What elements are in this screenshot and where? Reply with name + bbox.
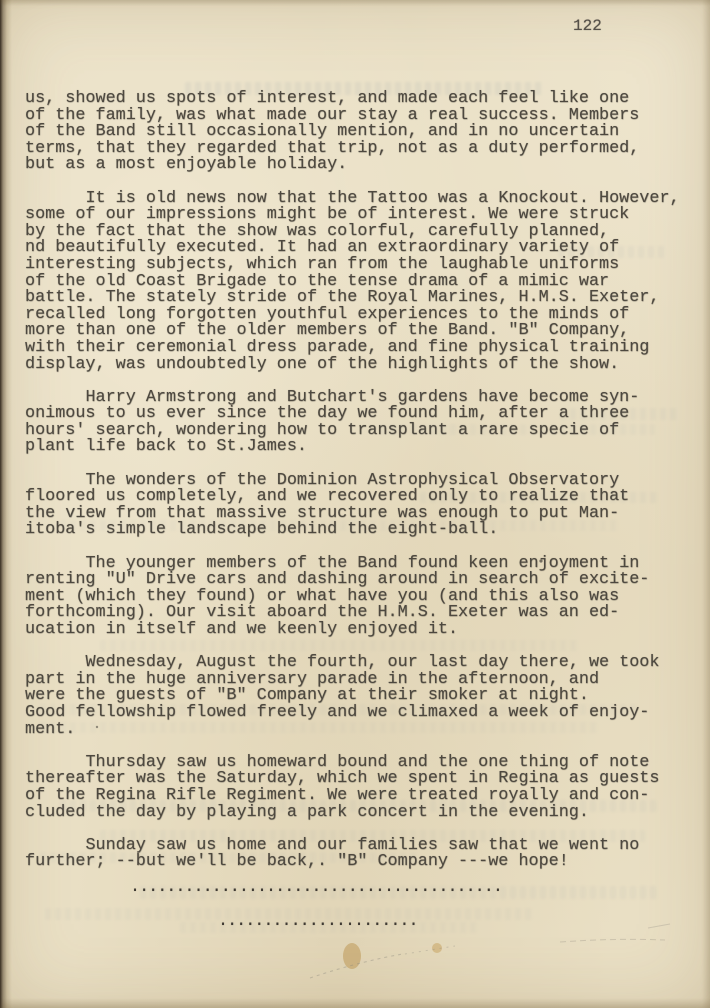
paragraph: Thursday saw us homeward bound and the o… bbox=[25, 755, 693, 821]
page-left-edge-shadow bbox=[0, 0, 12, 1008]
pencil-squiggle bbox=[310, 954, 403, 978]
typed-dot-separator-short: ...................... bbox=[25, 914, 693, 931]
stain-blob-small bbox=[432, 943, 442, 953]
paragraph: Harry Armstrong and Butchart's gardens h… bbox=[25, 390, 693, 456]
scanned-typewritten-page: 122 us, showed us spots of interest, and… bbox=[0, 0, 710, 1008]
pencil-line bbox=[560, 939, 665, 942]
pencil-squiggle bbox=[405, 946, 455, 954]
page-bottom-edge-shadow bbox=[0, 998, 710, 1008]
typed-dot-separator-long: ........................................… bbox=[25, 880, 693, 897]
paragraph: The wonders of the Dominion Astrophysica… bbox=[25, 473, 693, 539]
page-number: 122 bbox=[573, 17, 602, 35]
paragraph: Wednesday, August the fourth, our last d… bbox=[25, 655, 693, 738]
typewritten-body-text: us, showed us spots of interest, and mad… bbox=[25, 91, 693, 930]
page-right-edge-shadow bbox=[702, 0, 710, 1008]
stain-blob bbox=[343, 943, 361, 969]
page-top-edge-shadow bbox=[0, 0, 710, 6]
paragraph: The younger members of the Band found ke… bbox=[25, 556, 693, 639]
paragraph: It is old news now that the Tattoo was a… bbox=[25, 191, 693, 374]
paragraph: Sunday saw us home and our families saw … bbox=[25, 838, 693, 871]
paragraph: us, showed us spots of interest, and mad… bbox=[25, 91, 693, 174]
